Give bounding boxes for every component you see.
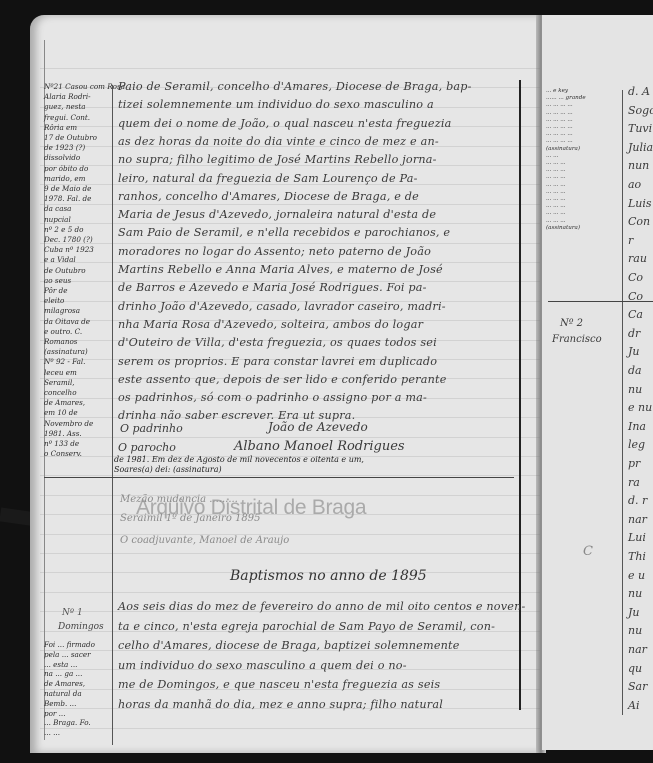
text-line: guez, nesta [44,102,86,111]
text-line: (assinatura) [44,347,88,356]
ruled-line [40,553,540,554]
text-line: moradores no logar do Assento; neto pate… [118,245,431,258]
right-page-margin-line [622,90,623,715]
text-line: e nu [628,401,652,414]
text-line: e a Vidal [44,255,76,264]
text-line: o Conserv. [44,449,82,458]
text-line: r [628,234,633,247]
text-line: 9 de Maio de [44,184,91,193]
text-line: 1981. Ass. [44,429,82,438]
text-line: concelho [44,388,77,397]
text-line: Martins Rebello e Anna Maria Alves, e ma… [118,263,443,276]
text-line: Alaria Rodri- [44,92,91,101]
margin-entry-number-2: Nº 1 [62,608,83,618]
text-line: d'Outeiro de Villa, d'esta freguezia, os… [118,336,437,349]
text-line: e outro. C. [44,327,82,336]
text-line: ... e key [546,88,568,94]
text-line: Lui [628,531,646,544]
text-line: Ai [628,699,639,712]
right-entry-name: Francisco [552,334,602,345]
text-line: ... ... ... [546,203,566,209]
text-line: nu [628,383,642,396]
text-line: ... ... ... [546,167,566,173]
text-line: 1978. Fal. de [44,194,91,203]
text-line: na ... ga ... [44,669,82,678]
text-line: Maria de Jesus d'Azevedo, jornaleira nat… [118,208,436,221]
text-line: ... ... ... [546,182,566,188]
text-line: e u [628,569,645,582]
text-line: leg [628,438,645,451]
text-line: dr [628,327,640,340]
text-line: Luis [628,197,652,210]
text-line: Seramil, [44,378,75,387]
text-line: me de Domingos, e que nasceu n'esta freg… [118,678,440,691]
text-line: Pôr de [44,286,67,295]
ruled-line [40,223,540,224]
text-line: por óbito do [44,164,88,173]
later-annotation-line-2: Soares(a) dei: (assinatura) [114,465,222,474]
text-line: nº 133 de [44,439,79,448]
text-line: horas da manhã do dia, mez e anno supra;… [118,698,443,711]
text-line: ... ... ... ... [546,138,573,144]
text-line: as dez horas da noite do dia vinte e cin… [118,135,439,148]
text-line: Nº21 Casou com Rosa [44,82,125,91]
text-line: (assinatura) [546,225,580,231]
text-line: quem dei o nome de João, o qual nasceu n… [118,117,452,130]
margin-divider-line [112,85,113,745]
text-line: Aos seis dias do mez de fevereiro do ann… [118,600,525,613]
text-line: (assinatura) [546,146,580,152]
entry-separator-line [44,477,514,478]
text-line: Ju [628,606,640,619]
text-line: Ina [628,420,646,433]
text-line: de Amares, [44,398,85,407]
text-line: ... Braga. Fo. [44,718,91,727]
text-line: marido, em [44,174,85,183]
text-line: por ... [44,709,66,718]
text-line: d. r [628,494,647,507]
text-line: Ju [628,345,640,358]
parish-priest-signature: Albano Manoel Rodrigues [234,439,405,454]
text-line: ... ... ... [546,196,566,202]
text-line: ... ... ... [546,189,566,195]
text-line: leceu em [44,368,77,377]
right-text-border [519,80,521,710]
text-line: ... ... [44,728,60,737]
text-line: serem os proprios. E para constar lavrei… [118,355,437,368]
text-line: Julia [628,141,653,154]
text-line: este assento que, depois de ser lido e c… [118,373,447,386]
text-line: ... ... ... ... [546,117,573,123]
text-line: celho d'Amares, diocese de Braga, baptiz… [118,639,460,652]
text-line: de Outubro [44,266,86,275]
text-line: um individuo do sexo masculino a quem de… [118,659,407,672]
text-line: ao [628,178,641,191]
right-entry-number: Nº 2 [560,318,583,329]
text-line: Nº 92 - Fal. [44,357,85,366]
text-line: Foi ... firmado [44,640,95,649]
text-line: Sar [628,680,647,693]
text-line: ao seus [44,276,71,285]
later-annotation-line-1: de 1981. Em dez de Agosto de mil novecen… [114,455,364,464]
text-line: ... ... ... [546,174,566,180]
text-line: Sogo [628,104,653,117]
text-line: Novembro de [44,419,93,428]
text-line: 17 de Outubro [44,133,97,142]
ruled-line [40,184,540,185]
text-line: Ca [628,308,643,321]
text-line: nº 2 e 5 do [44,225,83,234]
text-line: Tuvi [628,122,652,135]
text-line: de Amares, [44,679,85,688]
text-line: nupcial [44,215,71,224]
godfather-label: O padrinho [120,422,183,435]
text-line: ta e cinco, n'esta egreja parochial de S… [118,620,495,633]
text-line: nu [628,624,642,637]
text-line: Thi [628,550,646,563]
ruled-line [40,243,540,244]
text-line: Rôria em [44,123,77,132]
text-line: ... ... ... ... [546,124,573,130]
text-line: ... ... ... [546,210,566,216]
text-line: Dec. 1780 (?) [44,235,93,244]
text-line: da [628,364,642,377]
text-line: Co [628,271,643,284]
section-heading: Baptismos no anno de 1895 [230,568,427,584]
text-line: rau [628,252,647,265]
text-line: Co [628,290,643,303]
text-line: fregui. Cont. [44,113,90,122]
text-line: ... ... [546,153,558,159]
text-line: nar [628,513,647,526]
ruled-line [40,68,540,69]
text-line: nu [628,587,642,600]
text-line: Romanos [44,337,77,346]
text-line: ... ... ... ... [546,102,573,108]
text-line: Bemb. ... [44,699,76,708]
godfather-signature: João de Azevedo [268,420,368,434]
text-line: ... ... ... ... [546,110,573,116]
text-line: nar [628,643,647,656]
text-line: qu [628,662,642,675]
text-line: dissolvido [44,153,80,162]
text-line: da casa [44,204,71,213]
parish-priest-label: O parocho [118,441,176,454]
text-line: leiro, natural da freguezia de Sam Loure… [118,172,418,185]
right-margin-mark: C [583,544,593,559]
margin-entry-name-2: Domingos [58,622,104,632]
text-line: ranhos, concelho d'Amares, Diocese de Br… [118,190,419,203]
text-line: em 10 de [44,408,78,417]
text-line: drinho João d'Azevedo, casado, lavrador … [118,300,446,313]
ruled-line [40,728,540,729]
text-line: eleito [44,296,64,305]
text-line: nha Maria Rosa d'Azevedo, solteira, ambo… [118,318,423,331]
text-line: Paio de Seramil, concelho d'Amares, Dioc… [118,80,472,93]
text-line: da Oitava de [44,317,90,326]
text-line: ...... ... grande [546,95,586,101]
text-line: ... ... ... ... [546,131,573,137]
text-line: no supra; filho legitimo de José Martins… [118,153,437,166]
ruled-line [40,437,540,438]
text-line: pr [628,457,640,470]
text-line: tizei solemnemente um individuo do sexo … [118,98,434,111]
text-line: ra [628,476,640,489]
ruled-line [40,592,540,593]
text-line: Sam Paio de Seramil, e n'ella recebidos … [118,226,450,239]
text-line: milagrosa [44,306,80,315]
text-line: ... ... ... [546,160,566,166]
text-line: nun [628,159,649,172]
text-line: de 1923 (?) [44,143,85,152]
text-line: ... ... ... [546,218,566,224]
text-line: d. A [628,85,650,98]
text-line: pela ... sacer [44,650,91,659]
text-line: natural da [44,689,82,698]
ruled-line [40,204,540,205]
ruled-line [40,534,540,535]
text-line: ... esta ... [44,660,77,669]
archive-watermark: Arquivo Distrital de Braga [136,496,366,520]
text-line: de Barros e Azevedo e Maria José Rodrigu… [118,281,427,294]
text-line: os padrinhos, só com o padrinho o assign… [118,391,427,404]
faded-note-line-3: O coadjuvante, Manoel de Araujo [120,535,289,546]
text-line: Con [628,215,650,228]
text-line: Cuba nº 1923 [44,245,94,254]
